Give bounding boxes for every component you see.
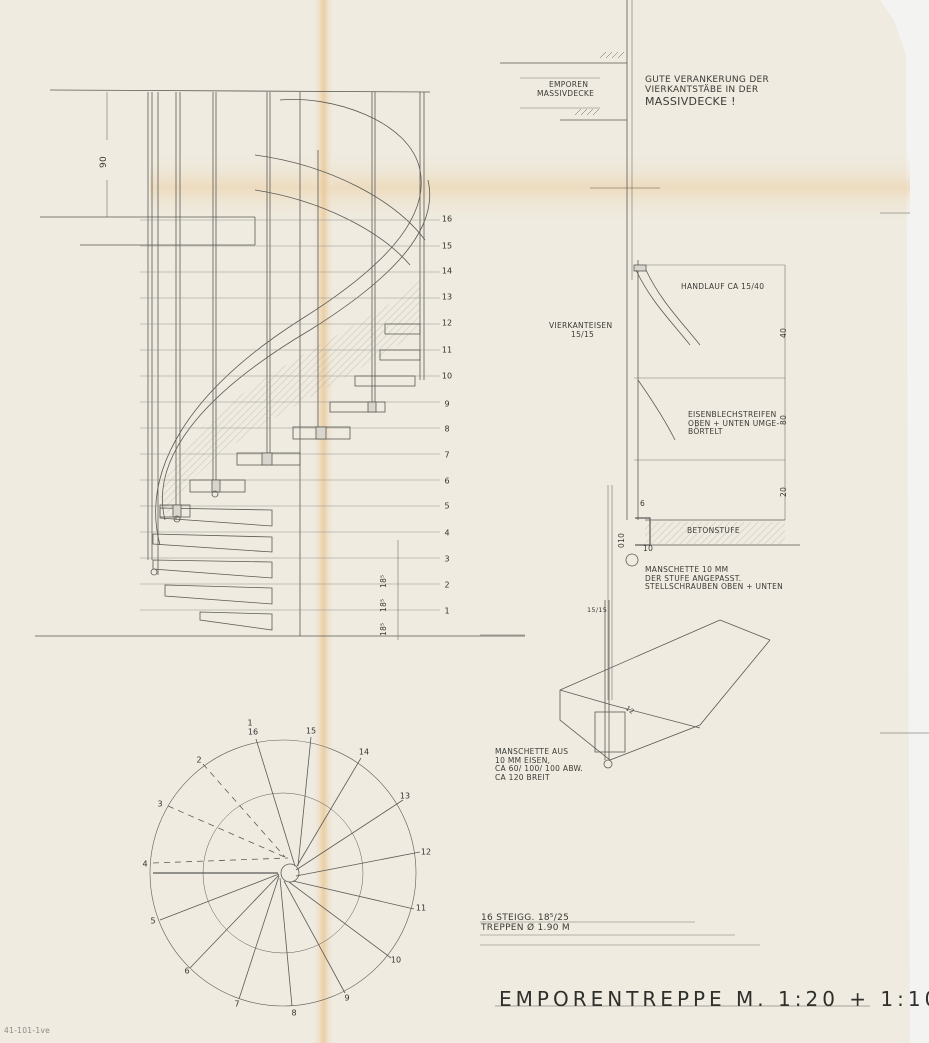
plan-step-number: 8 bbox=[291, 1009, 296, 1018]
plan-step-number: 14 bbox=[359, 748, 369, 757]
plan-step-number: 12 bbox=[421, 848, 431, 857]
handrail-label: HANDLAUF ca 15/40 bbox=[681, 283, 764, 292]
plan-step-number: 10 bbox=[391, 956, 401, 965]
step-number: 7 bbox=[444, 451, 449, 460]
dim-20: 20 bbox=[780, 487, 789, 497]
plan-step-number: 7 bbox=[234, 1000, 239, 1009]
anchoring-note: GUTE VERANKERUNG DER VIERKANTSTÄBE IN DE… bbox=[645, 75, 769, 108]
stair-summary: 16 STEIGG. 18⁵/25 TREPPEN Ø 1.90 m bbox=[481, 913, 570, 934]
step-number: 5 bbox=[444, 502, 449, 511]
plan-step-number: 2 bbox=[196, 756, 201, 765]
concrete-step-label: BETONSTUFE bbox=[687, 527, 740, 536]
step-number: 9 bbox=[444, 400, 449, 409]
emporen-label: EMPOREN MASSIVDECKE bbox=[537, 81, 594, 98]
plan-step-number: 6 bbox=[184, 967, 189, 976]
step-number: 1 bbox=[444, 607, 449, 616]
collar-note: MANSCHETTE 10 mm DER STUFE ANGEPASST. ST… bbox=[645, 566, 783, 592]
square-iron-label: VIERKANTEISEN 15/15 bbox=[549, 322, 612, 339]
step-number: 16 bbox=[442, 215, 452, 224]
plan-step-number: 3 bbox=[157, 800, 162, 809]
step-number: 2 bbox=[444, 581, 449, 590]
step-number: 13 bbox=[442, 293, 452, 302]
plan-step-number: 1 bbox=[247, 719, 252, 728]
riser-dimension: 18⁵ bbox=[380, 575, 389, 588]
dim-80: 80 bbox=[780, 415, 789, 425]
archive-id: 41-101-1ve bbox=[4, 1027, 50, 1036]
step-number: 12 bbox=[442, 319, 452, 328]
step-number: 6 bbox=[444, 477, 449, 486]
step-number: 3 bbox=[444, 555, 449, 564]
step-number: 4 bbox=[444, 529, 449, 538]
dim-40: 40 bbox=[780, 328, 789, 338]
riser-dimension: 18⁵ bbox=[380, 599, 389, 612]
dim-6: 6 bbox=[640, 500, 645, 509]
dim-010: 010 bbox=[618, 533, 627, 548]
rod-dimension: 15/15 bbox=[587, 607, 607, 614]
step-number: 8 bbox=[444, 425, 449, 434]
plan-step-number: 15 bbox=[306, 727, 316, 736]
height-dimension: 90 bbox=[99, 156, 109, 168]
plan-step-number: 9 bbox=[344, 994, 349, 1003]
plan-step-number: 4 bbox=[142, 860, 147, 869]
plan-step-number: 16 bbox=[248, 728, 258, 737]
step-number: 15 bbox=[442, 242, 452, 251]
drawing-canvas bbox=[0, 0, 929, 1043]
plan-step-number: 11 bbox=[416, 904, 426, 913]
riser-dimension: 18⁵ bbox=[380, 623, 389, 636]
iron-strip-note: EISENBLECHSTREIFEN OBEN + UNTEN UMGE- BÖ… bbox=[688, 411, 779, 437]
plan-step-number: 5 bbox=[150, 917, 155, 926]
iso-collar-note: MANSCHETTE AUS 10 mm EISEN, ca 60/ 100/ … bbox=[495, 748, 583, 783]
drawing-title: EMPORENTREPPE M. 1:20 + 1:10 bbox=[499, 988, 929, 1011]
step-number: 10 bbox=[442, 372, 452, 381]
step-number: 11 bbox=[442, 346, 452, 355]
plan-step-number: 13 bbox=[400, 792, 410, 801]
step-number: 14 bbox=[442, 267, 452, 276]
dim-10: 10 bbox=[643, 545, 653, 554]
drawing-sheet: 90 16 15 14 13 12 11 10 9 8 7 6 5 4 3 2 … bbox=[0, 0, 929, 1043]
